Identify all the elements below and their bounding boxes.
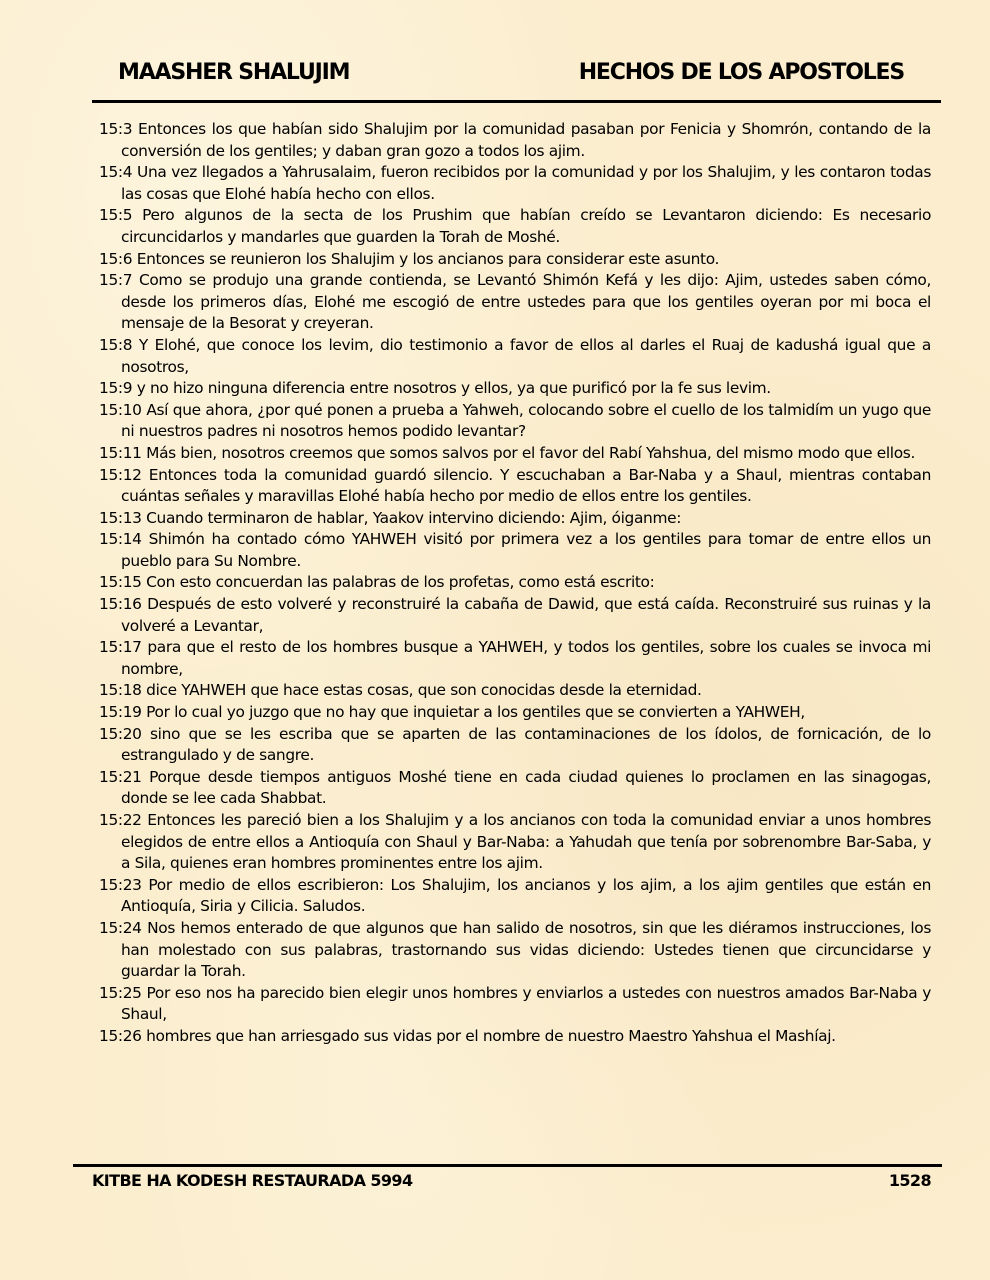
verse-reference: 15:12 [99,466,142,484]
verse-reference: 15:19 [99,703,142,721]
verse: 15:23 Por medio de ellos escribieron: Lo… [99,875,931,918]
verse-text: Así que ahora, ¿por qué ponen a prueba a… [121,401,931,441]
book-title-spanish: HECHOS DE LOS APOSTOLES [579,58,904,88]
verse: 15:17 para que el resto de los hombres b… [99,637,931,680]
verse-reference: 15:11 [99,444,142,462]
verse: 15:24 Nos hemos enterado de que algunos … [99,918,931,983]
verse-text: Cuando terminaron de hablar, Yaakov inte… [146,509,681,527]
verse-reference: 15:26 [99,1027,142,1045]
verse: 15:11 Más bien, nosotros creemos que som… [99,443,931,465]
verse-reference: 15:13 [99,509,142,527]
verse-reference: 15:4 [99,163,132,181]
verse-text: Por eso nos ha parecido bien elegir unos… [121,984,931,1024]
verse-reference: 15:22 [99,811,142,829]
verse: 15:26 hombres que han arriesgado sus vid… [99,1026,931,1048]
verse-list: 15:3 Entonces los que habían sido Shaluj… [99,119,931,1048]
verse-reference: 15:10 [99,401,142,419]
verse: 15:19 Por lo cual yo juzgo que no hay qu… [99,702,931,724]
verse-text: Con esto concuerdan las palabras de los … [146,573,654,591]
verse: 15:21 Porque desde tiempos antiguos Mosh… [99,767,931,810]
verse-reference: 15:8 [99,336,132,354]
verse-reference: 15:5 [99,206,132,224]
verse-reference: 15:15 [99,573,142,591]
verse: 15:10 Así que ahora, ¿por qué ponen a pr… [99,400,931,443]
verse: 15:14 Shimón ha contado cómo YAHWEH visi… [99,529,931,572]
verse-text: Por medio de ellos escribieron: Los Shal… [121,876,931,916]
verse: 15:25 Por eso nos ha parecido bien elegi… [99,983,931,1026]
verse-text: Por lo cual yo juzgo que no hay que inqu… [146,703,805,721]
verse-text: Entonces se reunieron los Shalujim y los… [137,250,719,268]
verse: 15:5 Pero algunos de la secta de los Pru… [99,205,931,248]
verse-text: Entonces los que habían sido Shalujim po… [121,120,931,160]
verse: 15:15 Con esto concuerdan las palabras d… [99,572,931,594]
verse: 15:6 Entonces se reunieron los Shalujim … [99,249,931,271]
verse: 15:13 Cuando terminaron de hablar, Yaako… [99,508,931,530]
verse-text: Más bien, nosotros creemos que somos sal… [146,444,915,462]
header-divider [92,100,941,103]
verse-text: Después de esto volveré y reconstruiré l… [121,595,931,635]
verse: 15:16 Después de esto volveré y reconstr… [99,594,931,637]
verse: 15:18 dice YAHWEH que hace estas cosas, … [99,680,931,702]
verse-reference: 15:17 [99,638,142,656]
verse-reference: 15:25 [99,984,142,1002]
verse-text: hombres que han arriesgado sus vidas por… [146,1027,836,1045]
verse: 15:20 sino que se les escriba que se apa… [99,724,931,767]
verse-text: Pero algunos de la secta de los Prushim … [121,206,931,246]
verse-text: Como se produjo una grande contienda, se… [121,271,931,332]
verse-reference: 15:7 [99,271,132,289]
page-number: 1528 [889,1170,931,1192]
verse-text: dice YAHWEH que hace estas cosas, que so… [146,681,701,699]
verse-text: Shimón ha contado cómo YAHWEH visitó por… [121,530,931,570]
verse-text: Y Elohé, que conoce los levim, dio testi… [121,336,931,376]
verse: 15:8 Y Elohé, que conoce los levim, dio … [99,335,931,378]
verse: 15:9 y no hizo ninguna diferencia entre … [99,378,931,400]
verse-reference: 15:18 [99,681,142,699]
verse-text: Nos hemos enterado de que algunos que ha… [121,919,931,980]
page-header: MAASHER SHALUJIM HECHOS DE LOS APOSTOLES [92,58,940,102]
verse-reference: 15:6 [99,250,132,268]
verse-text: Porque desde tiempos antiguos Moshé tien… [121,768,931,808]
verse-reference: 15:24 [99,919,142,937]
footer-divider [73,1164,942,1167]
verse-reference: 15:20 [99,725,142,743]
verse: 15:4 Una vez llegados a Yahrusalaim, fue… [99,162,931,205]
verse-text: Entonces toda la comunidad guardó silenc… [121,466,931,506]
book-title-hebrew: MAASHER SHALUJIM [118,58,349,88]
verse: 15:3 Entonces los que habían sido Shaluj… [99,119,931,162]
verse-text: Una vez llegados a Yahrusalaim, fueron r… [121,163,931,203]
verse-text: para que el resto de los hombres busque … [121,638,931,678]
verse-reference: 15:3 [99,120,132,138]
verse-reference: 15:21 [99,768,142,786]
verse-text: y no hizo ninguna diferencia entre nosot… [137,379,771,397]
verse-reference: 15:9 [99,379,132,397]
verse: 15:12 Entonces toda la comunidad guardó … [99,465,931,508]
publication-title: KITBE HA KODESH RESTAURADA 5994 [92,1170,412,1192]
verse-reference: 15:23 [99,876,142,894]
verse-text: Entonces les pareció bien a los Shalujim… [121,811,931,872]
verse-reference: 15:16 [99,595,142,613]
verse-text: sino que se les escriba que se aparten d… [121,725,931,765]
verse-reference: 15:14 [99,530,142,548]
verse: 15:22 Entonces les pareció bien a los Sh… [99,810,931,875]
verse: 15:7 Como se produjo una grande contiend… [99,270,931,335]
